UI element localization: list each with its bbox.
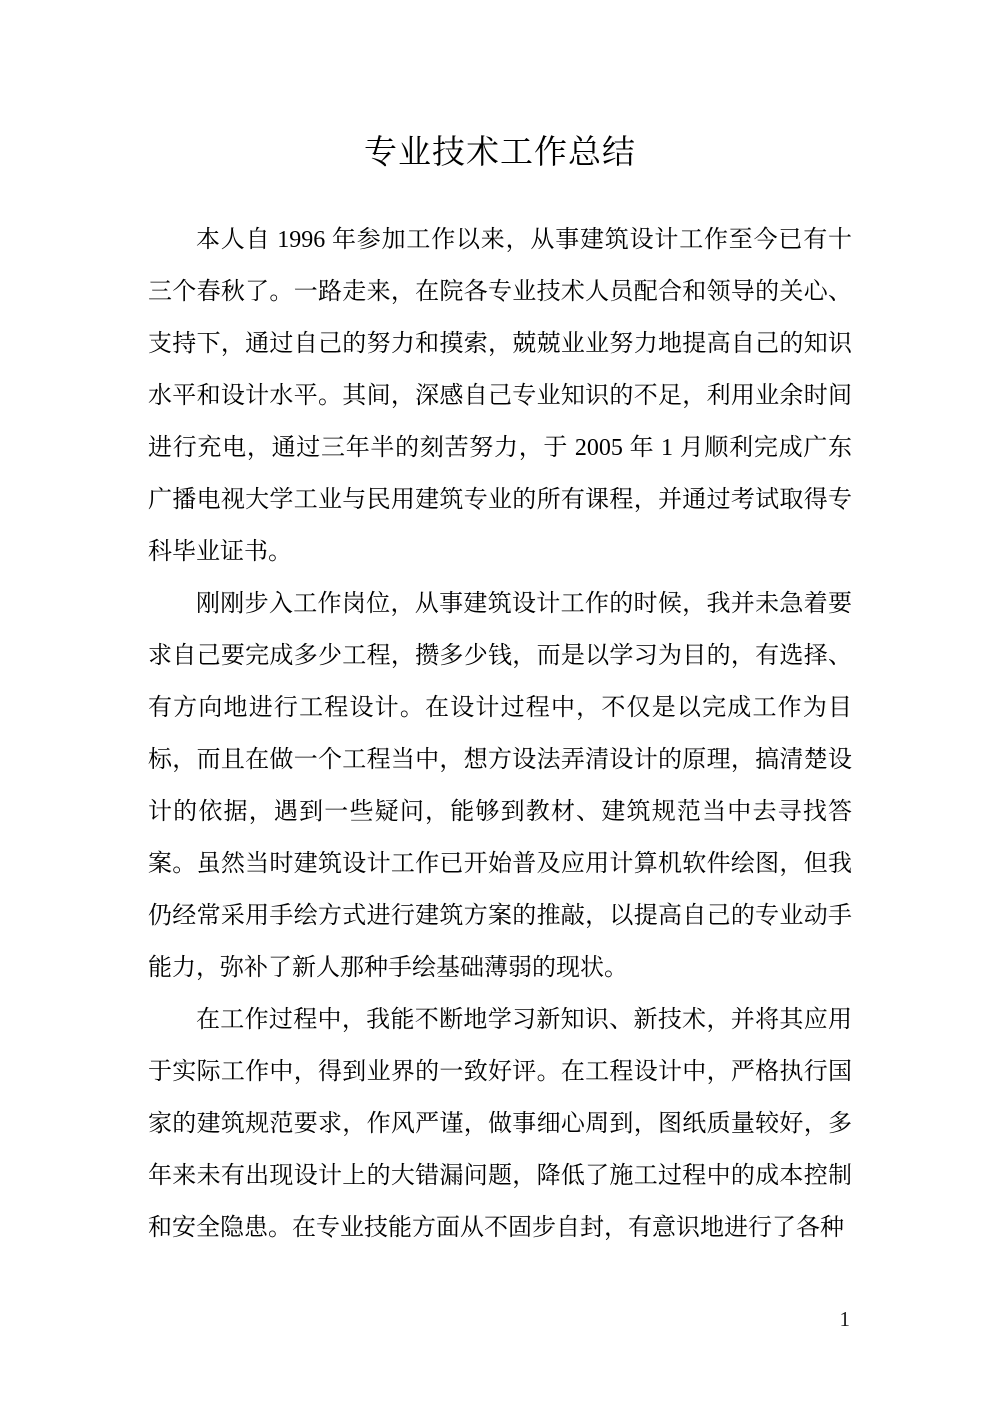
- document-title: 专业技术工作总结: [0, 0, 1000, 178]
- page-number: 1: [840, 1306, 851, 1332]
- document-page: 专业技术工作总结 本人自 1996 年参加工作以来，从事建筑设计工作至今已有十三…: [0, 0, 1000, 1415]
- paragraph: 刚刚步入工作岗位，从事建筑设计工作的时候，我并未急着要求自己要完成多少工程，攒多…: [148, 578, 852, 994]
- paragraph: 在工作过程中，我能不断地学习新知识、新技术，并将其应用于实际工作中，得到业界的一…: [148, 994, 852, 1254]
- document-body: 本人自 1996 年参加工作以来，从事建筑设计工作至今已有十三个春秋了。一路走来…: [148, 214, 852, 1254]
- paragraph: 本人自 1996 年参加工作以来，从事建筑设计工作至今已有十三个春秋了。一路走来…: [148, 214, 852, 578]
